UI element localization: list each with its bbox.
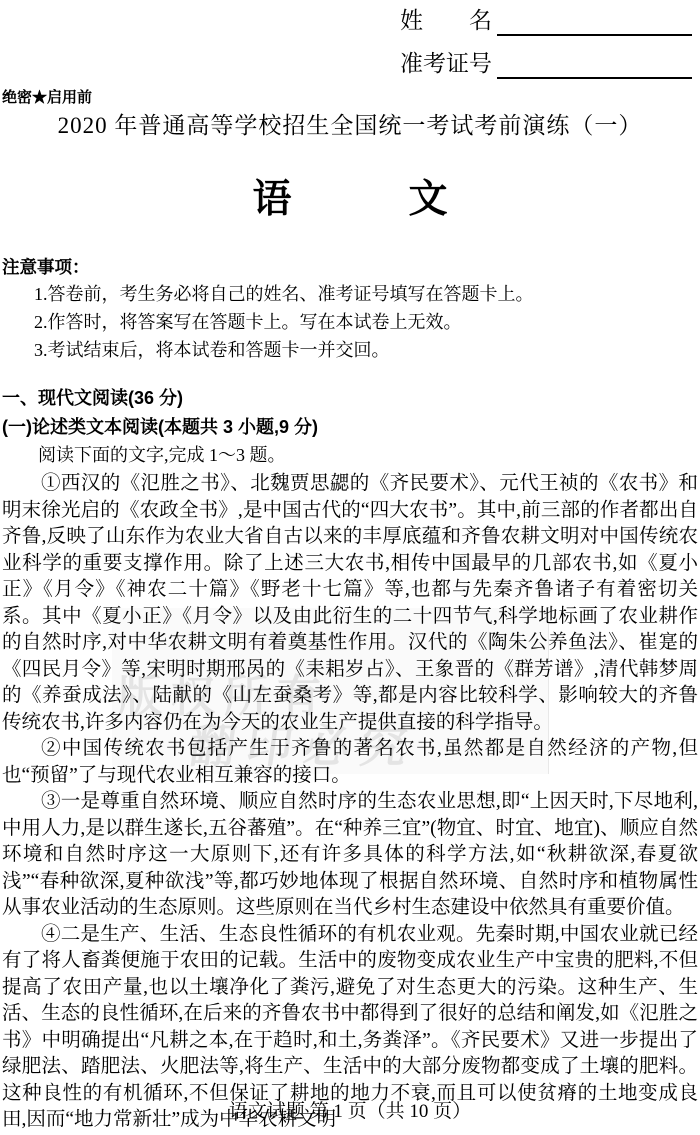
- admission-number-label: 准考证号: [400, 49, 492, 79]
- admission-number-blank: [497, 49, 692, 79]
- reading-instruction: 阅读下面的文字,完成 1～3 题。: [2, 442, 698, 469]
- name-label: 姓 名: [400, 6, 492, 36]
- passage-paragraph-3: ③一是尊重自然环境、顺应自然时序的生态农业思想,即“上因天时,下尽地利,中用人力…: [2, 789, 698, 922]
- page-footer: 语文试题 第 1 页（共 10 页）: [0, 1096, 700, 1123]
- notice-title: 注意事项：: [2, 254, 698, 280]
- page-content: 注意事项： 1.答卷前，考生务必将自己的姓名、准考证号填写在答题卡上。 2.作答…: [2, 254, 698, 1134]
- passage-paragraph-2: ②中国传统农书包括产生于齐鲁的著名农书,虽然都是自然经济的产物,但也“预留”了与…: [2, 736, 698, 789]
- name-blank: [497, 6, 692, 36]
- reading-passage: ①西汉的《氾胜之书》、北魏贾思勰的《齐民要术》、元代王祯的《农书》和明末徐光启的…: [2, 471, 698, 1134]
- section-part-heading: 一、现代文阅读(36 分): [2, 385, 698, 412]
- notice-item-3: 3.考试结束后，将本试卷和答题卡一并交回。: [2, 336, 698, 364]
- secrecy-notice: 绝密★启用前: [2, 86, 92, 107]
- section-sub-heading: (一)论述类文本阅读(本题共 3 小题,9 分): [2, 414, 698, 441]
- exam-title: 2020 年普通高等学校招生全国统一考试考前演练（一）: [0, 107, 700, 140]
- subject-title: 语 文: [0, 168, 700, 224]
- candidate-info-form: 姓 名 准考证号: [400, 6, 692, 92]
- name-field-row: 姓 名: [400, 6, 692, 36]
- notice-item-2: 2.作答时，将答案写在答题卡上。写在本试卷上无效。: [2, 308, 698, 336]
- admission-field-row: 准考证号: [400, 49, 692, 79]
- notice-item-1: 1.答卷前，考生务必将自己的姓名、准考证号填写在答题卡上。: [2, 280, 698, 308]
- passage-paragraph-1: ①西汉的《氾胜之书》、北魏贾思勰的《齐民要术》、元代王祯的《农书》和明末徐光启的…: [2, 471, 698, 736]
